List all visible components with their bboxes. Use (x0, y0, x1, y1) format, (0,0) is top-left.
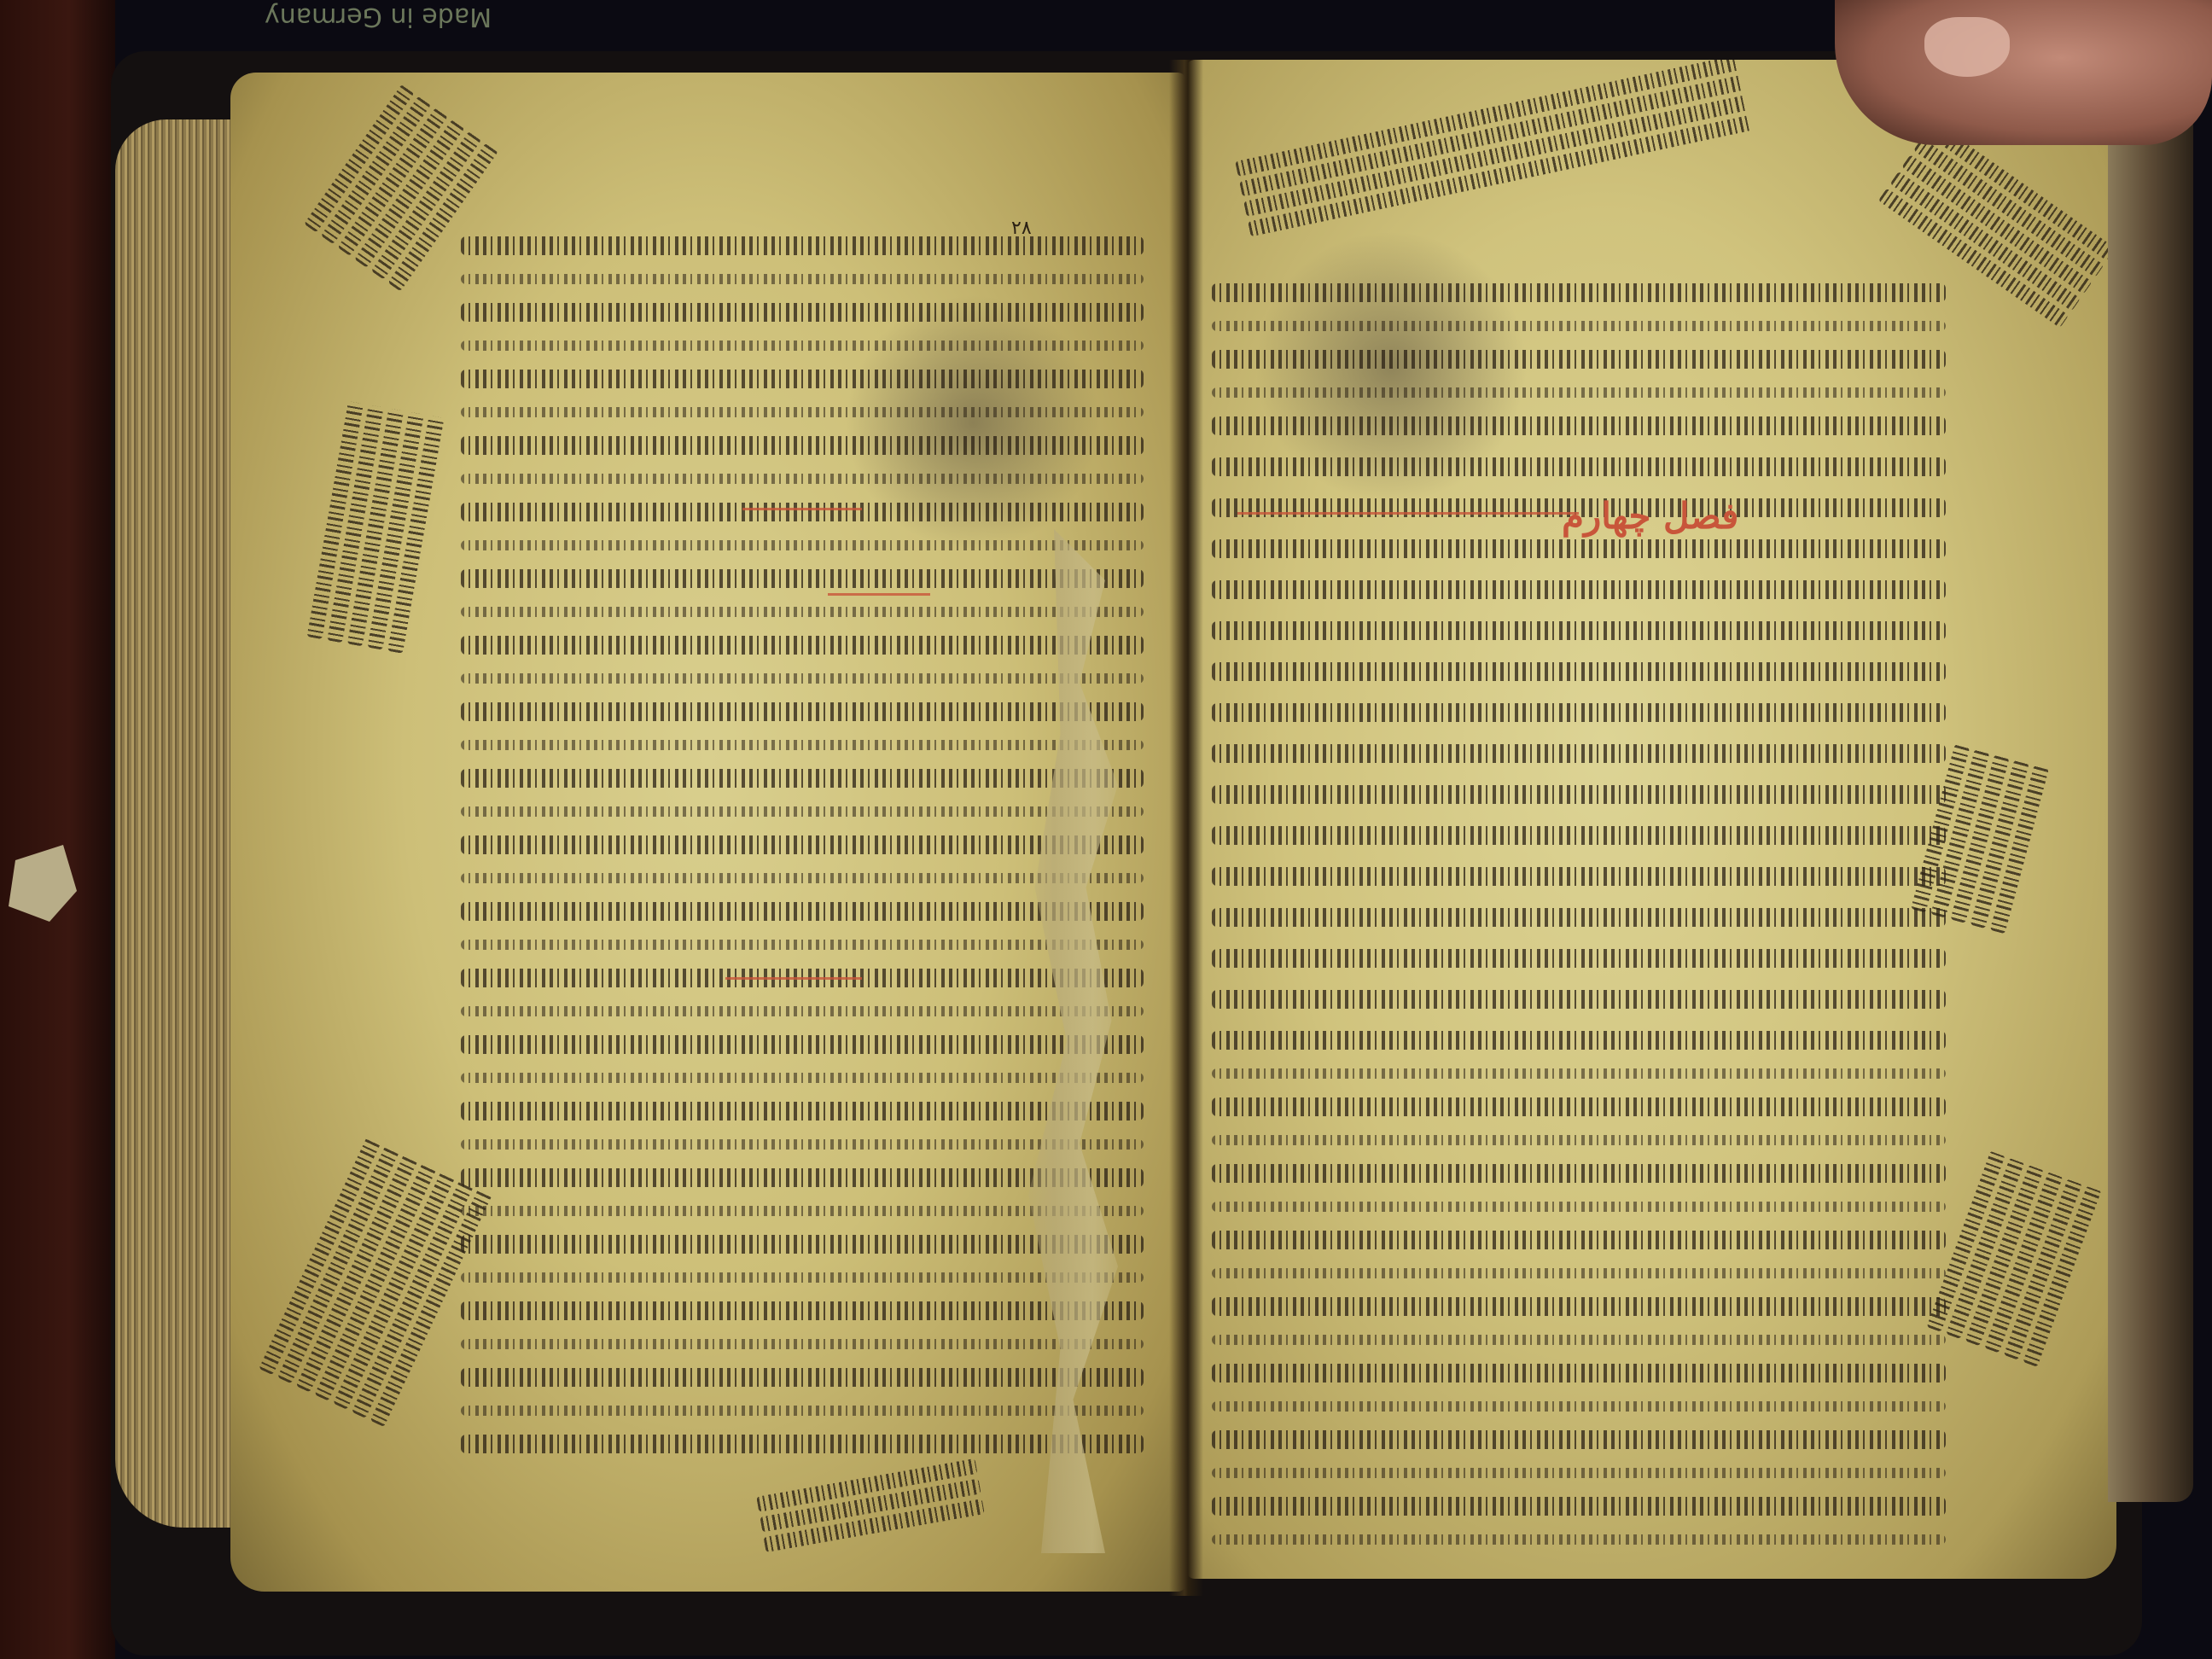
margin-note (755, 1453, 986, 1557)
thumbnail (1924, 17, 2010, 77)
right-page: فصل چهارم (1186, 60, 2116, 1579)
page-number: ٢٨ (1011, 218, 1032, 239)
background-cloth (0, 0, 115, 1659)
margin-note (1234, 60, 1753, 242)
stamp-text: Made in Germany (265, 2, 492, 32)
chapter-heading: فصل چهارم (1562, 495, 1738, 537)
right-main-text (1212, 273, 1946, 1553)
margin-note (302, 400, 450, 655)
book-spine-edge (2108, 102, 2193, 1502)
left-main-text (461, 226, 1144, 1465)
margin-note (1922, 1149, 2106, 1369)
hand-thumb (1835, 0, 2212, 145)
left-page (230, 73, 1186, 1592)
book-gutter (1169, 60, 1203, 1596)
